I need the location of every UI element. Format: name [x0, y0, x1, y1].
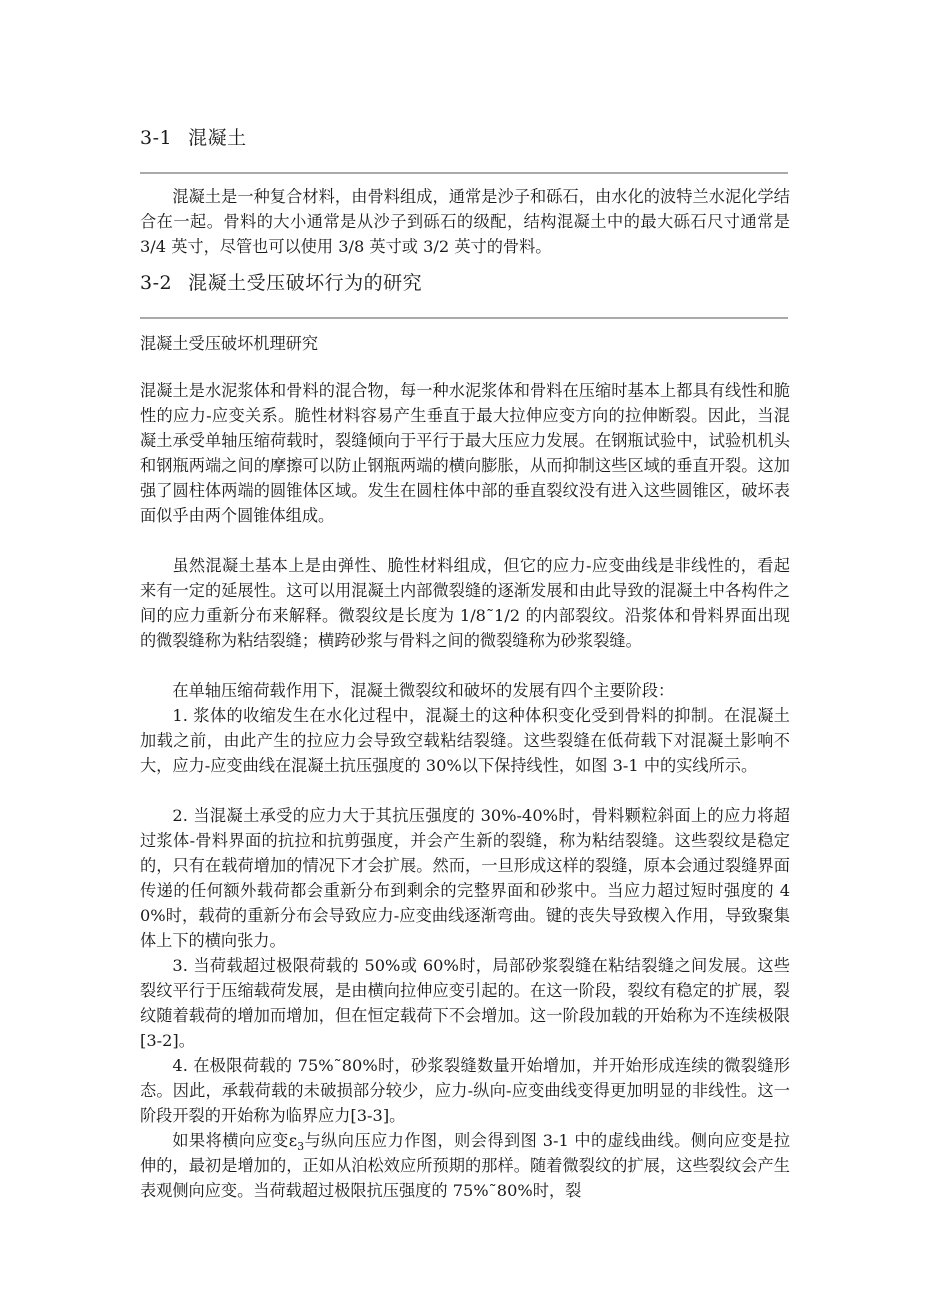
paragraph-mechanism: 混凝土是水泥浆体和骨料的混合物，每一种水泥浆体和骨料在压缩时基本上都具有线性和脆…: [140, 378, 790, 528]
subheading: 混凝土受压破坏机理研究: [140, 332, 318, 356]
section-divider: [140, 317, 788, 319]
paragraph-stage-1: 1. 浆体的收缩发生在水化过程中，混凝土的这种体积变化受到骨料的抑制。在混凝土加…: [140, 703, 790, 778]
paragraph-nonlinearity: 虽然混凝土基本上是由弹性、脆性材料组成，但它的应力-应变曲线是非线性的，看起来有…: [140, 553, 790, 653]
paragraph-stage-2: 2. 当混凝土承受的应力大于其抗压强度的 30%-40%时，骨料颗粒斜面上的应力…: [140, 803, 790, 953]
section-title: 混凝土: [188, 127, 247, 149]
paragraph-four-stages-intro: 在单轴压缩荷载作用下，混凝土微裂纹和破坏的发展有四个主要阶段：: [140, 678, 790, 703]
paragraph-stage-4: 4. 在极限荷载的 75%˜80%时，砂浆裂缝数量开始增加，并开始形成连续的微裂…: [140, 1053, 790, 1128]
text-span: 如果将横向应变: [172, 1131, 288, 1150]
section-number: 3-1: [140, 127, 172, 149]
epsilon-symbol: ε: [289, 1131, 297, 1150]
section-number: 3-2: [140, 272, 172, 294]
section-divider: [140, 172, 788, 174]
section-title: 混凝土受压破坏行为的研究: [188, 272, 422, 294]
section-heading-3-2: 3-2混凝土受压破坏行为的研究: [140, 271, 422, 295]
section-heading-3-1: 3-1混凝土: [140, 126, 247, 150]
paragraph-lateral-strain: 如果将横向应变ε3与纵向压应力作图，则会得到图 3-1 中的虚线曲线。侧向应变是…: [140, 1128, 790, 1203]
paragraph-stage-3: 3. 当荷载超过极限荷载的 50%或 60%时，局部砂浆裂缝在粘结裂缝之间发展。…: [140, 953, 790, 1053]
paragraph-concrete-intro: 混凝土是一种复合材料，由骨料组成，通常是沙子和砾石，由水化的波特兰水泥化学结合在…: [140, 184, 790, 259]
